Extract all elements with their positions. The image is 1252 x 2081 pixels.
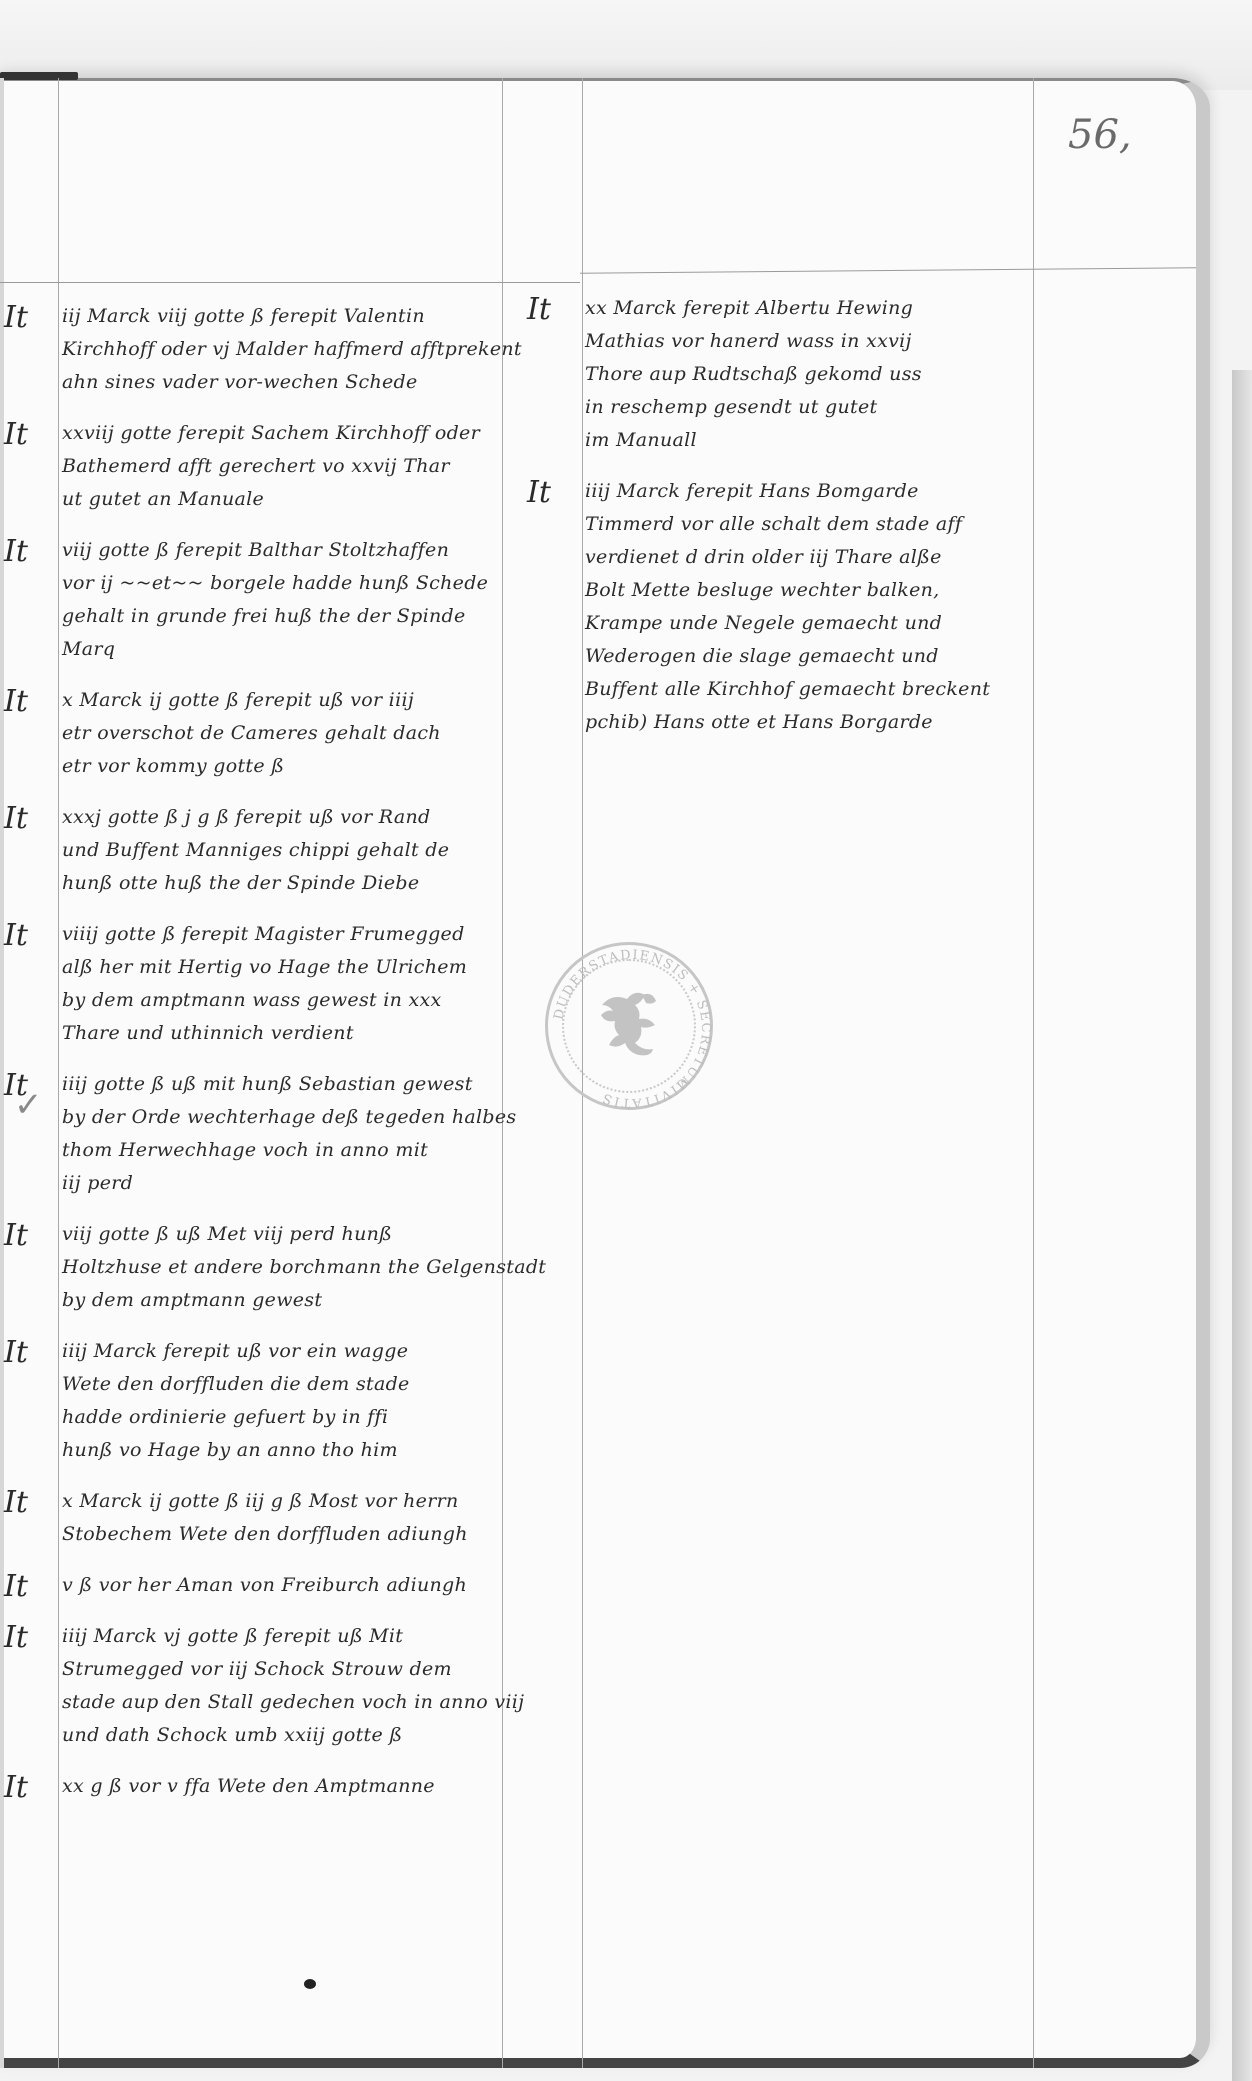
entry-text-line: by dem amptmann wass gewest in xxx — [62, 984, 502, 1017]
item-marker: It — [4, 1770, 28, 1805]
entry-text-line: iiij Marck ferepit Hans Bomgarde — [585, 475, 1030, 508]
entry-text-line: ut gutet an Manuale — [62, 483, 502, 516]
margin-rule-left — [58, 78, 59, 2068]
entry-text-line: alß her mit Hertig vo Hage the Ulrichem — [62, 951, 502, 984]
entry-text-line: viiij gotte ß ferepit Magister Frumegged — [62, 918, 502, 951]
entry-text-line: verdienet d drin older iij Thare alße — [585, 541, 1030, 574]
entry-text-line: Thore aup Rudtschaß gekomd uss — [585, 358, 1030, 391]
ledger-entry: Itxx Marck ferepit Albertu HewingMathias… — [585, 292, 1030, 457]
entry-text-line: v ß vor her Aman von Freiburch adiungh — [62, 1569, 502, 1602]
column-rule-right-amount — [1033, 78, 1034, 2068]
entry-text-line: viij gotte ß uß Met viij perd hunß — [62, 1218, 502, 1251]
entry-text-line: und dath Schock umb xxiij gotte ß — [62, 1719, 502, 1752]
item-marker: It — [4, 1335, 28, 1370]
entry-text-line: x Marck ij gotte ß ferepit uß vor iiij — [62, 684, 502, 717]
entry-text-line: iiij gotte ß uß mit hunß Sebastian gewes… — [62, 1068, 502, 1101]
entry-text-line: xxxj gotte ß j g ß ferepit uß vor Rand — [62, 801, 502, 834]
entry-text-line: und Buffent Manniges chippi gehalt de — [62, 834, 502, 867]
item-marker: It — [4, 1485, 28, 1520]
header-rule-left — [0, 282, 580, 283]
entry-text-line: thom Herwechhage voch in anno mit — [62, 1134, 502, 1167]
ledger-entry: Itiij Marck viij gotte ß ferepit Valenti… — [62, 300, 502, 399]
ledger-entry: Itiiij Marck ferepit Hans BomgardeTimmer… — [585, 475, 1030, 739]
ink-blot — [304, 1979, 316, 1989]
ledger-entry: Itiiij Marck ferepit uß vor ein waggeWet… — [62, 1335, 502, 1467]
lion-emblem-icon — [582, 975, 682, 1075]
margin-checkmark: ✓ — [14, 1085, 43, 1125]
item-marker: It — [4, 1620, 28, 1655]
entry-text-line: Buffent alle Kirchhof gemaecht breckent — [585, 673, 1030, 706]
entry-text-line: Krampe unde Negele gemaecht und — [585, 607, 1030, 640]
entry-text-line: xx Marck ferepit Albertu Hewing — [585, 292, 1030, 325]
item-marker: It — [527, 292, 551, 327]
right-column: Itxx Marck ferepit Albertu HewingMathias… — [585, 292, 1030, 757]
entry-text-line: hunß vo Hage by an anno tho him — [62, 1434, 502, 1467]
entry-text-line: x Marck ij gotte ß iij g ß Most vor herr… — [62, 1485, 502, 1518]
item-marker: It — [4, 801, 28, 836]
entry-text-line: stade aup den Stall gedechen voch in ann… — [62, 1686, 502, 1719]
entry-text-line: iiij Marck vj gotte ß ferepit uß Mit — [62, 1620, 502, 1653]
item-marker: It — [4, 918, 28, 953]
ledger-entry: Itxx g ß vor v ffa Wete den Amptmanne — [62, 1770, 502, 1803]
left-column: Itiij Marck viij gotte ß ferepit Valenti… — [62, 300, 502, 1821]
ledger-entry: Itviiij gotte ß ferepit Magister Frumegg… — [62, 918, 502, 1050]
entry-text-line: iij perd — [62, 1167, 502, 1200]
entry-text-line: ahn sines vader vor-wechen Schede — [62, 366, 502, 399]
ledger-entry: Itxxxj gotte ß j g ß ferepit uß vor Rand… — [62, 801, 502, 900]
entry-text-line: hunß otte huß the der Spinde Diebe — [62, 867, 502, 900]
entry-text-line: iij Marck viij gotte ß ferepit Valentin — [62, 300, 502, 333]
entry-text-line: etr overschot de Cameres gehalt dach — [62, 717, 502, 750]
item-marker: It — [4, 684, 28, 719]
entry-text-line: Holtzhuse et andere borchmann the Gelgen… — [62, 1251, 502, 1284]
ledger-entry: Itx Marck ij gotte ß iij g ß Most vor he… — [62, 1485, 502, 1551]
entry-text-line: vor ij ~~et~~ borgele hadde hunß Schede — [62, 567, 502, 600]
scan-background-top — [0, 0, 1252, 90]
entry-text-line: viij gotte ß ferepit Balthar Stoltzhaffe… — [62, 534, 502, 567]
entry-text-line: Marq — [62, 633, 502, 666]
item-marker: It — [4, 1569, 28, 1604]
entry-text-line: Bathemerd afft gerechert vo xxvij Thar — [62, 450, 502, 483]
entry-text-line: gehalt in grunde frei huß the der Spinde — [62, 600, 502, 633]
entry-text-line: Wete den dorffluden die dem stade — [62, 1368, 502, 1401]
entry-text-line: xx g ß vor v ffa Wete den Amptmanne — [62, 1770, 502, 1803]
entry-text-line: pchib) Hans otte et Hans Borgarde — [585, 706, 1030, 739]
entry-text-line: Timmerd vor alle schalt dem stade aff — [585, 508, 1030, 541]
entry-text-line: Stobechem Wete den dorffluden adiungh — [62, 1518, 502, 1551]
column-rule-left-amount — [502, 78, 503, 2068]
item-marker: It — [4, 300, 28, 335]
ledger-entry: Itviij gotte ß uß Met viij perd hunßHolt… — [62, 1218, 502, 1317]
page-edge-damage — [0, 72, 78, 80]
entry-text-line: im Manuall — [585, 424, 1030, 457]
entry-text-line: iiij Marck ferepit uß vor ein wagge — [62, 1335, 502, 1368]
entry-text-line: Kirchhoff oder vj Malder haffmerd afftpr… — [62, 333, 502, 366]
entry-text-line: Bolt Mette besluge wechter balken, — [585, 574, 1030, 607]
ledger-entry: Itiiij gotte ß uß mit hunß Sebastian gew… — [62, 1068, 502, 1200]
ledger-entry: Itviij gotte ß ferepit Balthar Stoltzhaf… — [62, 534, 502, 666]
ledger-entry: Itx Marck ij gotte ß ferepit uß vor iiij… — [62, 684, 502, 783]
entry-text-line: Mathias vor hanerd wass in xxvij — [585, 325, 1030, 358]
entry-text-line: xxviij gotte ferepit Sachem Kirchhoff od… — [62, 417, 502, 450]
entry-text-line: Strumegged vor iij Schock Strouw dem — [62, 1653, 502, 1686]
ledger-entry: Itv ß vor her Aman von Freiburch adiungh — [62, 1569, 502, 1602]
ledger-entry: Itxxviij gotte ferepit Sachem Kirchhoff … — [62, 417, 502, 516]
folio-number: 56, — [1068, 112, 1132, 158]
item-marker: It — [4, 534, 28, 569]
entry-text-line: by dem amptmann gewest — [62, 1284, 502, 1317]
scan-background-right — [1232, 370, 1252, 2081]
entry-text-line: Wederogen die slage gemaecht und — [585, 640, 1030, 673]
item-marker: It — [4, 417, 28, 452]
entry-text-line: by der Orde wechterhage deß tegeden halb… — [62, 1101, 502, 1134]
item-marker: It — [527, 475, 551, 510]
duderstadt-city-seal: DUDERSTADIENSIS + SECRETUM CIVITATIS — [545, 942, 713, 1110]
entry-text-line: Thare und uthinnich verdient — [62, 1017, 502, 1050]
ledger-entry: Itiiij Marck vj gotte ß ferepit uß MitSt… — [62, 1620, 502, 1752]
item-marker: It — [4, 1218, 28, 1253]
entry-text-line: etr vor kommy gotte ß — [62, 750, 502, 783]
entry-text-line: in reschemp gesendt ut gutet — [585, 391, 1030, 424]
entry-text-line: hadde ordinierie gefuert by in ffi — [62, 1401, 502, 1434]
